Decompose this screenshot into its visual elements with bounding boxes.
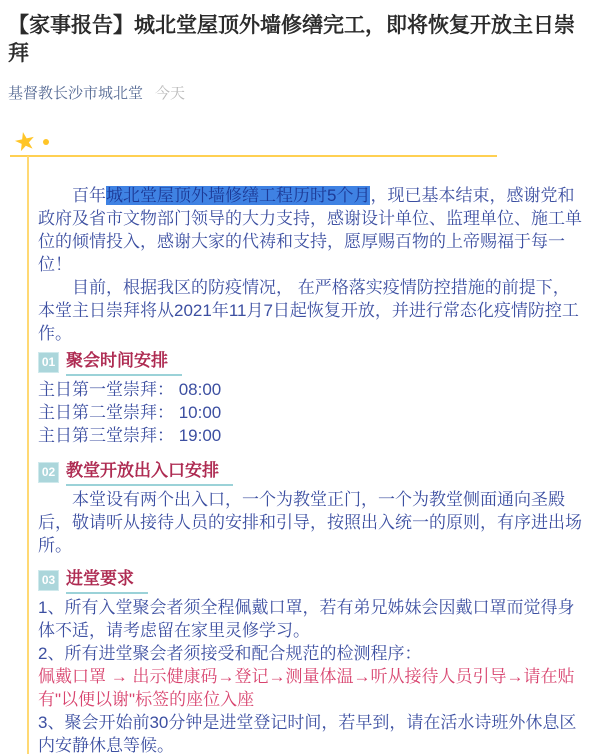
section-header-meeting-times: 01 聚会时间安排: [38, 351, 582, 376]
page-title: 【家事报告】城北堂屋顶外墙修缮完工，即将恢复开放主日崇拜: [8, 12, 590, 69]
check-procedure-text: 佩戴口罩 → 出示健康码→登记→测量体温→听从接待人员引导→请在贴有"以便以谢"…: [38, 665, 582, 711]
requirement-item: 2、所有进堂聚会者须接受和配合规范的检测程序：: [38, 642, 582, 665]
account-name-link[interactable]: 基督教长沙市城北堂: [8, 82, 143, 103]
requirement-item: 1、所有入堂聚会者须全程佩戴口罩，若有弟兄姊妹会因戴口罩而觉得身体不适，请考虑留…: [38, 596, 582, 642]
article-body: 百年城北堂屋顶外墙修缮工程历时5个月，现已基本结束，感谢党和政府及省市文物部门领…: [38, 184, 582, 754]
intro-paragraph-2: 目前，根据我区的防疫情况， 在严格落实疫情防控措施的前提下，本堂主日崇拜将从20…: [38, 276, 582, 345]
intro-paragraph-1-prefix: 百年: [72, 186, 106, 205]
article-meta: 基督教长沙市城北堂 今天: [8, 82, 590, 103]
article-header: 【家事报告】城北堂屋顶外墙修缮完工，即将恢复开放主日崇拜 基督教长沙市城北堂 今…: [0, 0, 600, 103]
section-title: 聚会时间安排: [66, 351, 182, 376]
intro-paragraph-1: 百年城北堂屋顶外墙修缮工程历时5个月，现已基本结束，感谢党和政府及省市文物部门领…: [38, 184, 582, 276]
service-time-row: 主日第三堂崇拜： 19:00: [38, 424, 582, 447]
service-time-row: 主日第一堂崇拜： 08:00: [38, 378, 582, 401]
star-icon: ★: [12, 128, 39, 157]
article-page: 【家事报告】城北堂屋顶外墙修缮完工，即将恢复开放主日崇拜 基督教长沙市城北堂 今…: [0, 0, 600, 754]
section-title: 进堂要求: [66, 569, 148, 594]
vertical-divider: [27, 156, 29, 754]
horizontal-divider: [10, 155, 497, 157]
section-number-badge: 01: [38, 352, 59, 373]
service-times-list: 主日第一堂崇拜： 08:00 主日第二堂崇拜： 10:00 主日第三堂崇拜： 1…: [38, 378, 582, 447]
entrances-paragraph: 本堂设有两个出入口，一个为教堂正门，一个为教堂侧面通向圣殿后，敬请听从接待人员的…: [38, 488, 582, 557]
service-time-row: 主日第二堂崇拜： 10:00: [38, 401, 582, 424]
highlighted-text: 城北堂屋顶外墙修缮工程历时5个月: [106, 186, 370, 205]
publish-time: 今天: [155, 82, 185, 103]
section-number-badge: 02: [38, 462, 59, 483]
section-header-entrances: 02 教堂开放出入口安排: [38, 461, 582, 486]
requirements-list: 1、所有入堂聚会者须全程佩戴口罩，若有弟兄姊妹会因戴口罩而觉得身体不适，请考虑留…: [38, 596, 582, 754]
section-number-badge: 03: [38, 570, 59, 591]
section-header-requirements: 03 进堂要求: [38, 569, 582, 594]
requirement-item: 3、聚会开始前30分钟是进堂登记时间，若早到，请在活水诗班外休息区内安静休息等候…: [38, 711, 582, 754]
section-title: 教堂开放出入口安排: [66, 461, 233, 486]
dot-decoration: [43, 139, 49, 145]
